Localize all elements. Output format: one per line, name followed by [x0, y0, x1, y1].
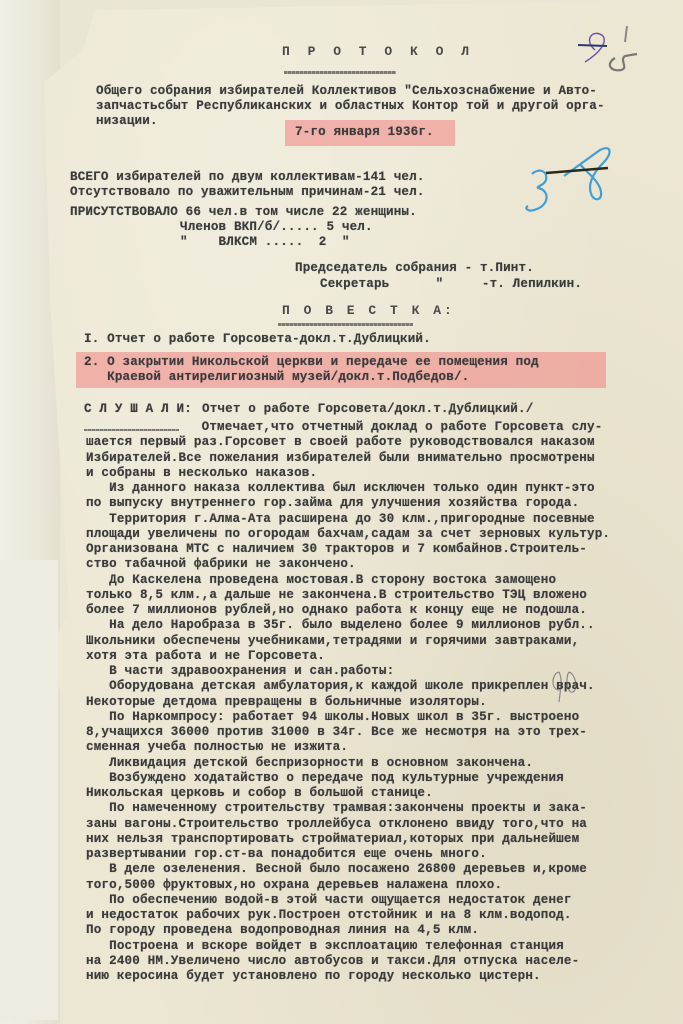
report-body-line: До Каскелена проведена мостовая.В сторон…: [86, 573, 556, 588]
report-body-line: Оборудована детская амбулатория,к каждой…: [86, 679, 595, 694]
report-body-line: На дело Наробраза в 35г. было выделено б…: [86, 618, 595, 633]
attendance-present: ПРИСУТСТВОВАЛО 66 чел.в том числе 22 жен…: [70, 205, 417, 220]
report-body-line: Построена и вскоре войдет в эксплоатацию…: [86, 939, 564, 954]
subtitle-line-3: низации.: [96, 114, 158, 129]
subtitle-line-2: запчастьсбыт Республиканских и областных…: [96, 99, 605, 114]
report-body-line: того,5000 фруктовых,но охрана деревьев н…: [86, 878, 502, 893]
heard-text: Отчет о работе Горсовета/докл.т.Дублицки…: [202, 402, 533, 417]
report-body-line: на 2400 НМ.Увеличено число автобусов и т…: [86, 954, 579, 969]
agenda-item-1: I. Отчет о работе Горсовета-докл.т.Дубли…: [84, 332, 431, 347]
protocol-document: 9 П Р О Т О К О Л Общего собрания избира…: [0, 0, 683, 1024]
report-body-line: Ликвидация детской беспризорности в осно…: [86, 756, 533, 771]
agenda-item-2-line-1: 2. О закрытии Никольской церкви и переда…: [84, 355, 539, 370]
report-body-line: По Наркомпросу: работает 94 школы.Новых …: [86, 710, 579, 725]
report-body-line: Некоторые детдома превращены в больничны…: [86, 695, 487, 710]
heard-label: С Л У Ш А Л И:: [84, 402, 192, 417]
report-body-line: ство табачной фабрики не закончено.: [86, 557, 356, 572]
report-body-line: только 8,5 клм.,а дальше не закончена.В …: [86, 588, 587, 603]
attendance-vlksm-members: " ВЛКСМ ..... 2 ": [180, 235, 350, 250]
report-body-line: В части здравоохранения и сан.работы:: [86, 664, 394, 679]
report-body-line: Школьники обеспечены учебниками,тетрадям…: [86, 634, 579, 649]
report-body-line: площади увеличены по огородам бахчам,сад…: [86, 527, 610, 542]
report-body-line: По обеспечению водой-в этой части ощущае…: [86, 893, 572, 908]
report-body-line: хотя эта работа и не Горсовета.: [86, 649, 325, 664]
report-body-line: развертывании гор.ст-ва понадобится еще …: [86, 847, 487, 862]
attendance-vkp-members: Членов ВКП/б/..... 5 чел.: [180, 220, 373, 235]
report-body-line: В деле озеленения. Весной было посажено …: [86, 862, 587, 877]
agenda-item-2-line-2: Краевой антирелигиозный музей/докл.т.Под…: [84, 370, 469, 385]
meeting-chair: Председатель собрания - т.Пинт.: [295, 261, 534, 276]
report-body-line: и недостаток рабочих рук.Построен отстой…: [86, 908, 572, 923]
report-body-line: по выпуску внутреннего гор.займа для улу…: [86, 496, 579, 511]
report-body-line: По намеченному строительству трамвая:зак…: [86, 801, 587, 816]
report-body-line: шается первый раз.Горсовет в своей работ…: [86, 435, 595, 450]
report-body-line: Никольская церковь и собор в большой ста…: [86, 786, 433, 801]
agenda-underline: [278, 323, 413, 326]
report-body-line: сменная учеба полностью не изжита.: [86, 740, 348, 755]
report-body-line: Из данного наказа коллектива был исключе…: [86, 481, 595, 496]
report-body-line: более 7 миллионов рублей,но однако работ…: [86, 603, 587, 618]
report-body-line: Возбуждено ходатайство о передаче под ку…: [86, 771, 564, 786]
agenda-heading: П О В Е С Т К А:: [282, 303, 455, 318]
report-body-line: 8,учащихся 36000 против 31000 в 34г. Все…: [86, 725, 587, 740]
report-body-line: них нельзя транспортировать стройматериа…: [86, 832, 579, 847]
attendance-absent: Отсутствовало по уважительным причинам-2…: [70, 185, 425, 200]
report-body-line: По городу проведена водопроводная линия …: [86, 923, 479, 938]
report-body-line: и собраны в несколько наказов.: [86, 466, 317, 481]
report-body-line: нию керосина будет установлено по городу…: [86, 969, 541, 984]
archive-page-number-mark: [575, 20, 655, 75]
report-body-line: Организована МТС с наличием 30 тракторов…: [86, 542, 587, 557]
report-body-line: Отмечает,что отчетный доклад о работе Го…: [86, 420, 602, 435]
document-title: П Р О Т О К О Л: [282, 44, 474, 59]
blue-archive-number-378: [520, 140, 620, 220]
meeting-date: 7-го января 1936г.: [295, 125, 434, 140]
subtitle-line-1: Общего собрания избирателей Коллективов …: [96, 84, 597, 99]
report-body-line: Территория г.Алма-Ата расширена до 30 кл…: [86, 512, 595, 527]
meeting-secretary: Секретарь " -т. Лепилкин.: [320, 277, 582, 292]
report-body-line: заны вагоны.Строительство троллейбуса от…: [86, 817, 587, 832]
attendance-total: ВСЕГО избирателей по двум коллективам-14…: [70, 170, 425, 185]
title-underline: [284, 71, 396, 74]
report-body-line: Избирателей.Все пожелания избирателей бы…: [86, 451, 595, 466]
